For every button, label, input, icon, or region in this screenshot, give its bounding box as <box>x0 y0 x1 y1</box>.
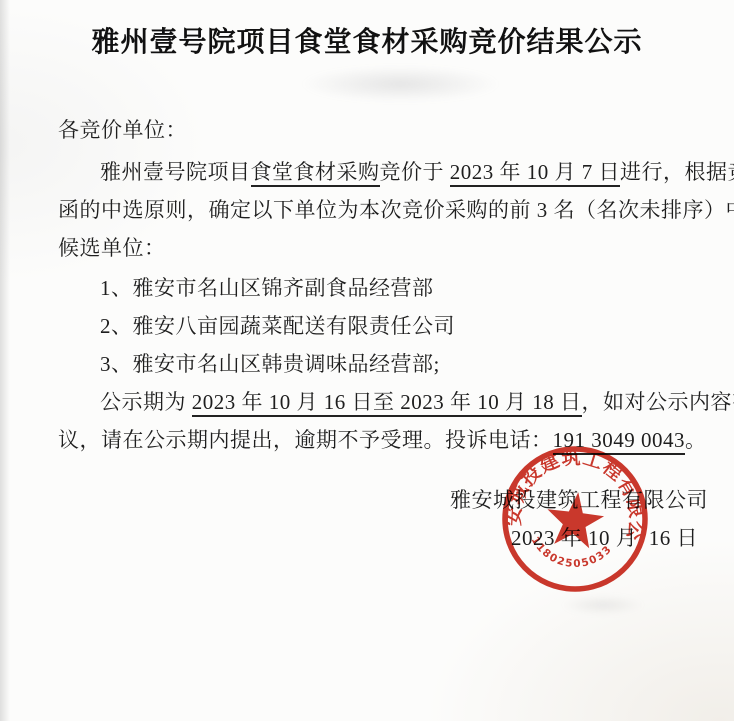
text-segment: 进行，根据竞价 <box>620 160 734 184</box>
winner-number: 3、 <box>100 352 133 376</box>
winner-item-3: 3、雅安市名山区韩贵调味品经营部; <box>58 345 720 383</box>
text-segment: 雅州壹号院项目 <box>100 160 251 184</box>
seal-star-icon <box>543 489 606 550</box>
text-segment: 。 <box>685 428 707 452</box>
text-segment: 议，请在公示期内提出，逾期不予受理。投诉电话： <box>58 428 553 452</box>
scanned-notice-page: 雅州壹号院项目食堂食材采购竞价结果公示 各竞价单位： 雅州壹号院项目食堂食材采购… <box>0 0 734 721</box>
paragraph1-line2: 函的中选原则，确定以下单位为本次竞价采购的前 3 名（名次未排序）中选 <box>58 191 720 229</box>
company-seal: 雅安城投建筑工程有限公司 5118025050330 <box>491 435 658 602</box>
ink-bleed-artifact-top <box>268 60 533 108</box>
paragraph1-line3: 候选单位： <box>58 229 720 267</box>
underlined-bid-date: 2023 年 10 月 7 日 <box>450 160 620 187</box>
winner-number: 1、 <box>100 276 133 300</box>
page-edge-shadow <box>0 0 10 721</box>
paragraph2-line1: 公示期为 2023 年 10 月 16 日至 2023 年 10 月 18 日，… <box>58 383 720 421</box>
company-seal-graphic: 雅安城投建筑工程有限公司 5118025050330 <box>491 435 658 602</box>
winner-number: 2、 <box>100 314 133 338</box>
winner-name: 雅安市名山区锦齐副食品经营部 <box>133 276 434 300</box>
winner-item-2: 2、雅安八亩园蔬菜配送有限责任公司 <box>58 307 720 345</box>
document-title: 雅州壹号院项目食堂食材采购竞价结果公示 <box>0 20 734 60</box>
underlined-publicity-period: 2023 年 10 月 16 日至 2023 年 10 月 18 日 <box>192 390 582 417</box>
winner-name: 雅安八亩园蔬菜配送有限责任公司 <box>133 314 456 338</box>
underlined-procurement-subject: 食堂食材采购 <box>251 160 380 187</box>
text-segment: 竞价于 <box>380 160 450 184</box>
text-segment: ，如对公示内容有异 <box>582 390 734 414</box>
salutation-line: 各竞价单位： <box>58 111 720 149</box>
winner-name: 雅安市名山区韩贵调味品经营部; <box>133 352 440 376</box>
winner-item-1: 1、雅安市名山区锦齐副食品经营部 <box>58 269 720 307</box>
text-segment: 公示期为 <box>100 390 192 414</box>
paragraph1-line1: 雅州壹号院项目食堂食材采购竞价于 2023 年 10 月 7 日进行，根据竞价 <box>58 153 720 191</box>
